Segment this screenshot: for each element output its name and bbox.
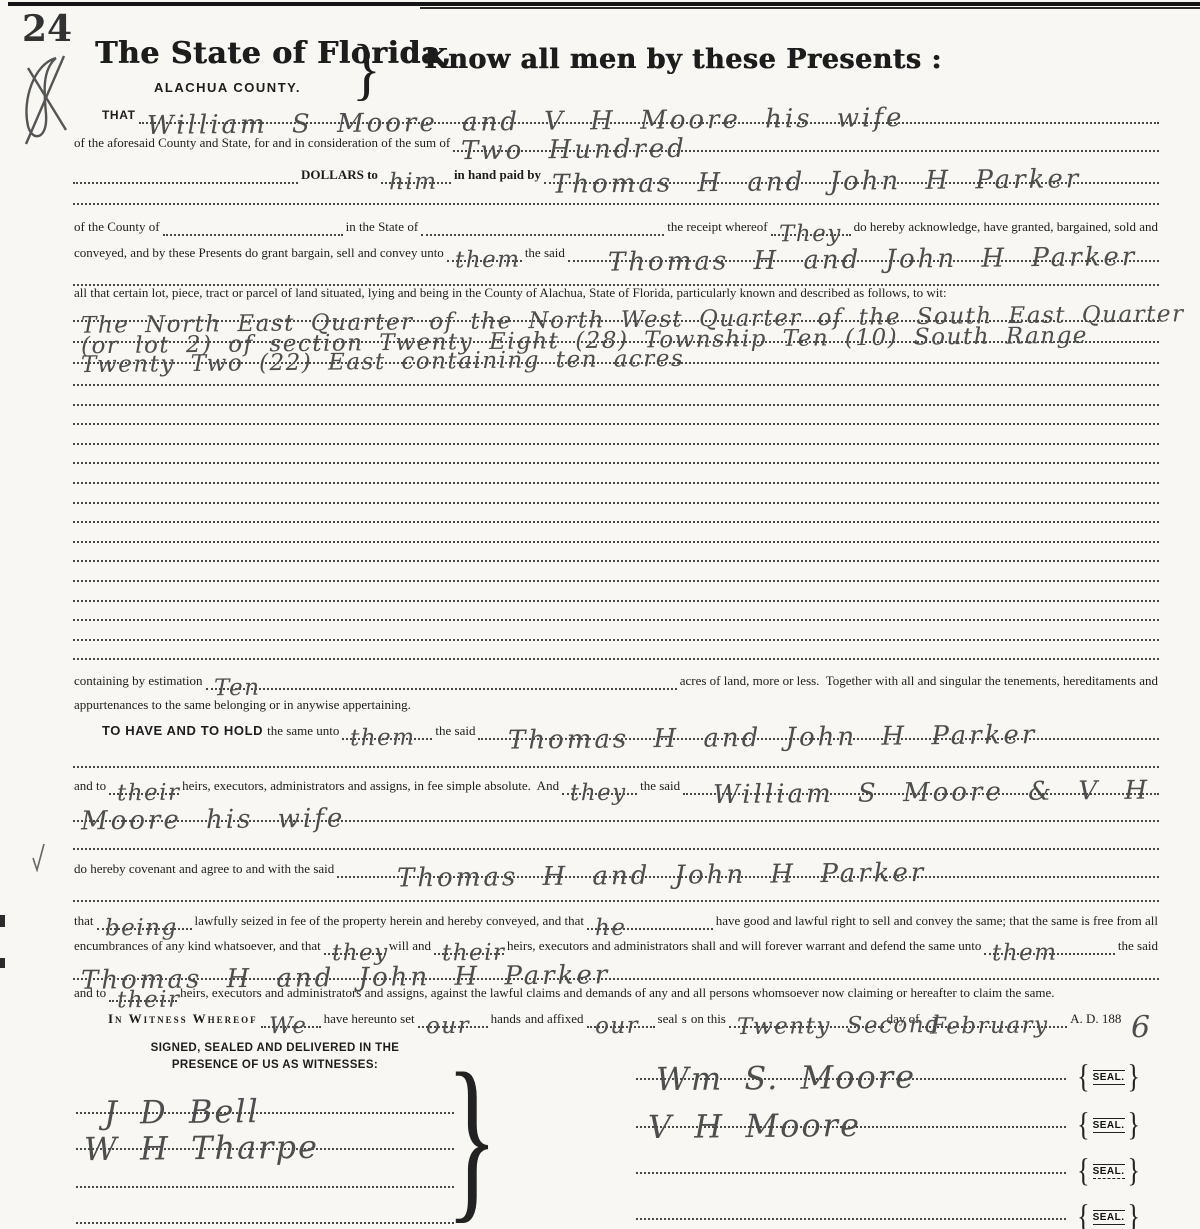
and-affixed-label: and affixed	[523, 1011, 586, 1028]
seal-mark-1: { SEAL. }	[1077, 1064, 1140, 1090]
ruled-line: W H Tharpe	[76, 1140, 454, 1150]
seal-body: SEAL.	[1091, 1118, 1127, 1133]
margin-scribble-mark	[18, 52, 72, 152]
seal-word: SEAL.	[1091, 1119, 1127, 1132]
acres-blank: Ten	[206, 680, 677, 690]
scan-edge-speck	[0, 958, 5, 968]
of-county-label: of the County of	[72, 219, 162, 236]
they-handwriting: they	[562, 790, 635, 797]
grantor-wife-line: Moore his wife	[72, 798, 1160, 822]
covenant-line: do hereby covenant and agree to and with…	[72, 854, 1160, 878]
form-title-county: ALACHUA COUNTY.	[120, 80, 335, 95]
the-said-label: the said	[638, 778, 682, 795]
seal-body: SEAL.	[1091, 1070, 1127, 1085]
signature-line	[636, 1210, 1066, 1220]
appurtenances-text: appurtenances to the same belonging or i…	[72, 697, 413, 714]
county-blank	[163, 226, 343, 236]
ruled-line	[73, 650, 1159, 660]
signature-row-3: { SEAL. }	[635, 1144, 1140, 1174]
signature-v-h-moore: V H Moore	[636, 1122, 869, 1130]
their-handwriting: their	[109, 997, 189, 1004]
they-blank: they	[562, 785, 637, 795]
scan-edge-line	[8, 2, 1200, 6]
grantor-line: THAT William S Moore and V H Moore his w…	[100, 100, 1160, 124]
seizin-line: that being lawfully seized in fee of the…	[72, 906, 1160, 930]
receipt-label: the receipt whereof	[665, 219, 769, 236]
page-number: 24	[22, 8, 72, 50]
grantor-blank: William S Moore and V H Moore his wife	[139, 114, 1159, 124]
signature-row-2: V H Moore { SEAL. }	[635, 1098, 1140, 1128]
hands-label: hands	[489, 1011, 523, 1028]
we-blank: We	[261, 1018, 321, 1028]
grantors-handwriting: William S Moore and V H Moore his wife	[139, 115, 912, 129]
them-handwriting: them	[342, 735, 424, 742]
seal-brace-right: }	[1128, 1201, 1140, 1229]
seal-label: seal	[656, 1011, 680, 1028]
witness-brace: }	[446, 1046, 498, 1229]
containing-line: containing by estimation Ten acres of la…	[72, 666, 1160, 690]
claims-text: heirs, executors and administrators and …	[178, 985, 1056, 1002]
form-title-state: The State of Florida,	[95, 36, 452, 71]
witness-title-1: SIGNED, SEALED AND DELIVERED IN THE	[130, 1042, 420, 1054]
ruled-line	[73, 840, 1159, 850]
signature-line: V H Moore	[636, 1118, 1066, 1128]
they-blank: they	[324, 945, 386, 955]
lawful-right-text: have good and lawful right to sell and c…	[714, 913, 1160, 930]
the-said-label: the said	[1116, 938, 1160, 955]
the-said-label: the said	[523, 245, 567, 262]
witness-title-2: PRESENCE OF US AS WITNESSES:	[130, 1059, 420, 1071]
ruled-line: Moore his wife	[73, 812, 1159, 822]
them-blank: them	[447, 252, 522, 262]
consideration-text: of the aforesaid County and State, for a…	[72, 135, 452, 152]
and-to-label: and to	[72, 985, 108, 1002]
witness-signature-tharpe: W H Tharpe	[76, 1144, 327, 1153]
the-said-label: the said	[433, 723, 477, 740]
deed-record-page: 24 The State of Florida, } ALACHUA COUNT…	[0, 0, 1200, 1229]
grantors-short-handwriting: William S Moore & V H	[683, 788, 1158, 799]
ruled-blank-line	[72, 636, 1160, 660]
fee-simple-line: and to their heirs, executors, administr…	[72, 771, 1160, 795]
seal-brace-left: {	[1077, 1201, 1089, 1229]
in-state-label: in the State of	[344, 219, 421, 236]
they-blank: They	[771, 226, 851, 236]
signature-line	[636, 1164, 1066, 1174]
seal-mark-3: { SEAL. }	[1077, 1158, 1140, 1184]
grantee-repeat-line: Thomas H and John H Parker	[72, 956, 1160, 980]
seal-underline	[1093, 1178, 1125, 1179]
hereunto-label: have hereunto set	[322, 1011, 417, 1028]
convey-line: conveyed, and by these Presents do grant…	[72, 238, 1160, 262]
their-blank: their	[109, 785, 179, 795]
seal-word: SEAL.	[1091, 1211, 1127, 1224]
day-blank: Twenty Second	[729, 1018, 884, 1028]
ruled-line	[73, 195, 1159, 205]
receipt-line: of the County of in the State of the rec…	[72, 212, 1160, 236]
their-blank: their	[109, 992, 177, 1002]
wife-handwriting: Moore his wife	[73, 816, 353, 825]
amount-handwriting: Two Hundred	[453, 146, 695, 155]
testimonium-line: In Witness Whereof We have hereunto set …	[106, 1004, 1160, 1028]
month-blank: February	[922, 1018, 1067, 1028]
covenant-text: do hereby covenant and agree to and with…	[72, 861, 336, 878]
appurtenances-line: appurtenances to the same belonging or i…	[72, 690, 1160, 714]
our-handwriting: our	[587, 1023, 647, 1030]
witness-sig-row-1: J D Bell	[75, 1090, 455, 1114]
acres-tail-text: acres of land, more or less. Together wi…	[678, 673, 1160, 690]
their-handwriting: their	[109, 790, 189, 797]
same-unto-label: the same unto	[265, 723, 341, 740]
acknowledge-text: do hereby acknowledge, have granted, bar…	[852, 219, 1160, 236]
seal-brace-left: {	[1077, 1061, 1089, 1094]
ruled-line	[73, 758, 1159, 768]
ad-label: A. D. 188	[1068, 1011, 1123, 1028]
scan-edge-speck	[0, 915, 5, 927]
on-this-label: on this	[689, 1011, 728, 1028]
our-handwriting: our	[418, 1023, 478, 1030]
seal-plural-s: s	[680, 1011, 689, 1028]
grantee-blank: Thomas H and John H Parker	[568, 252, 1159, 262]
seal-brace-left: {	[1077, 1109, 1089, 1142]
signature-line: Wm S. Moore	[636, 1070, 1066, 1080]
seal-word: SEAL.	[1091, 1071, 1127, 1084]
form-proclamation: Know all men by these Presents :	[424, 44, 942, 75]
blank-ruled-row	[72, 826, 1160, 850]
seal-underline	[1093, 1132, 1125, 1133]
to-have-label: TO HAVE AND TO HOLD	[100, 723, 265, 740]
signature-wm-s-moore: Wm S. Moore	[636, 1073, 924, 1082]
ruled-line	[76, 1214, 454, 1224]
that-label: THAT	[100, 107, 138, 124]
encumbrances-text: encumbrances of any kind whatsoever, and…	[72, 938, 323, 955]
seal-mark-4: { SEAL. }	[1077, 1204, 1140, 1229]
they-handwriting: They	[771, 231, 850, 238]
containing-label: containing by estimation	[72, 673, 205, 690]
seized-text: lawfully seized in fee of the property h…	[193, 913, 586, 930]
ruled-line: J D Bell	[76, 1104, 454, 1114]
our-blank: our	[418, 1018, 488, 1028]
claims-line: and to their heirs, executors and admini…	[72, 978, 1160, 1002]
encumbrances-line: encumbrances of any kind whatsoever, and…	[72, 931, 1160, 955]
he-blank: he	[587, 920, 713, 930]
consideration-line: of the aforesaid County and State, for a…	[72, 128, 1160, 152]
blank-ruled-row	[72, 181, 1160, 205]
their-blank: their	[434, 945, 504, 955]
header-brace: }	[352, 30, 381, 109]
description-line-3: Twenty Two (22) East containing ten acre…	[72, 340, 1160, 364]
seal-brace-right: }	[1128, 1109, 1140, 1142]
we-handwriting: We	[261, 1023, 315, 1030]
that-label-lc: that	[72, 913, 96, 930]
grantees-handwriting: Thomas H and John H Parker	[478, 732, 1045, 744]
them-blank: them	[984, 945, 1115, 955]
state-blank	[421, 226, 664, 236]
signature-row-4: { SEAL. }	[635, 1190, 1140, 1220]
seal-brace-left: {	[1077, 1155, 1089, 1188]
and-to-label: and to	[72, 778, 108, 795]
warrant-text: heirs, executors and administrators shal…	[505, 938, 983, 955]
witness-blank-row-4	[75, 1200, 455, 1224]
witness-sig-row-2: W H Tharpe	[75, 1126, 455, 1150]
seal-body: SEAL.	[1091, 1210, 1127, 1225]
grantee-blank: Thomas H and John H Parker	[337, 868, 1159, 878]
day-handwriting: Twenty Second	[729, 1022, 949, 1030]
witness-blank-row-3	[75, 1164, 455, 1188]
seal-body: SEAL.	[1091, 1164, 1127, 1179]
year-digit-handwriting: 6	[1123, 1025, 1160, 1031]
seal-underline	[1093, 1084, 1125, 1085]
signature-row-1: Wm S. Moore { SEAL. }	[635, 1050, 1140, 1080]
grantee-blank: Thomas H and John H Parker	[478, 730, 1159, 740]
seal-mark-2: { SEAL. }	[1077, 1112, 1140, 1138]
seal-brace-right: }	[1128, 1061, 1140, 1094]
habendum-line: TO HAVE AND TO HOLD the same unto them t…	[100, 716, 1160, 740]
convey-text: conveyed, and by these Presents do grant…	[72, 245, 446, 262]
seal-word: SEAL.	[1091, 1165, 1127, 1178]
month-handwriting: February	[922, 1022, 1057, 1029]
margin-check-mark	[30, 842, 48, 872]
blank-ruled-row	[72, 744, 1160, 768]
seal-brace-right: }	[1128, 1155, 1140, 1188]
scan-edge-line-2	[420, 7, 1200, 9]
them-blank: them	[342, 730, 432, 740]
ruled-line	[76, 1178, 454, 1188]
being-blank: being	[97, 920, 192, 930]
grantor-blank: William S Moore & V H	[683, 785, 1159, 795]
amount-blank: Two Hundred	[453, 142, 1159, 152]
witness-whereof-label: In Witness Whereof	[106, 1011, 260, 1028]
blank-ruled-row	[72, 878, 1160, 902]
witness-signature-bell: J D Bell	[76, 1108, 268, 1116]
ruled-line	[73, 892, 1159, 902]
fee-simple-text: heirs, executors, administrators and ass…	[180, 778, 561, 795]
our-blank-2: our	[587, 1018, 655, 1028]
seal-underline	[1093, 1224, 1125, 1225]
